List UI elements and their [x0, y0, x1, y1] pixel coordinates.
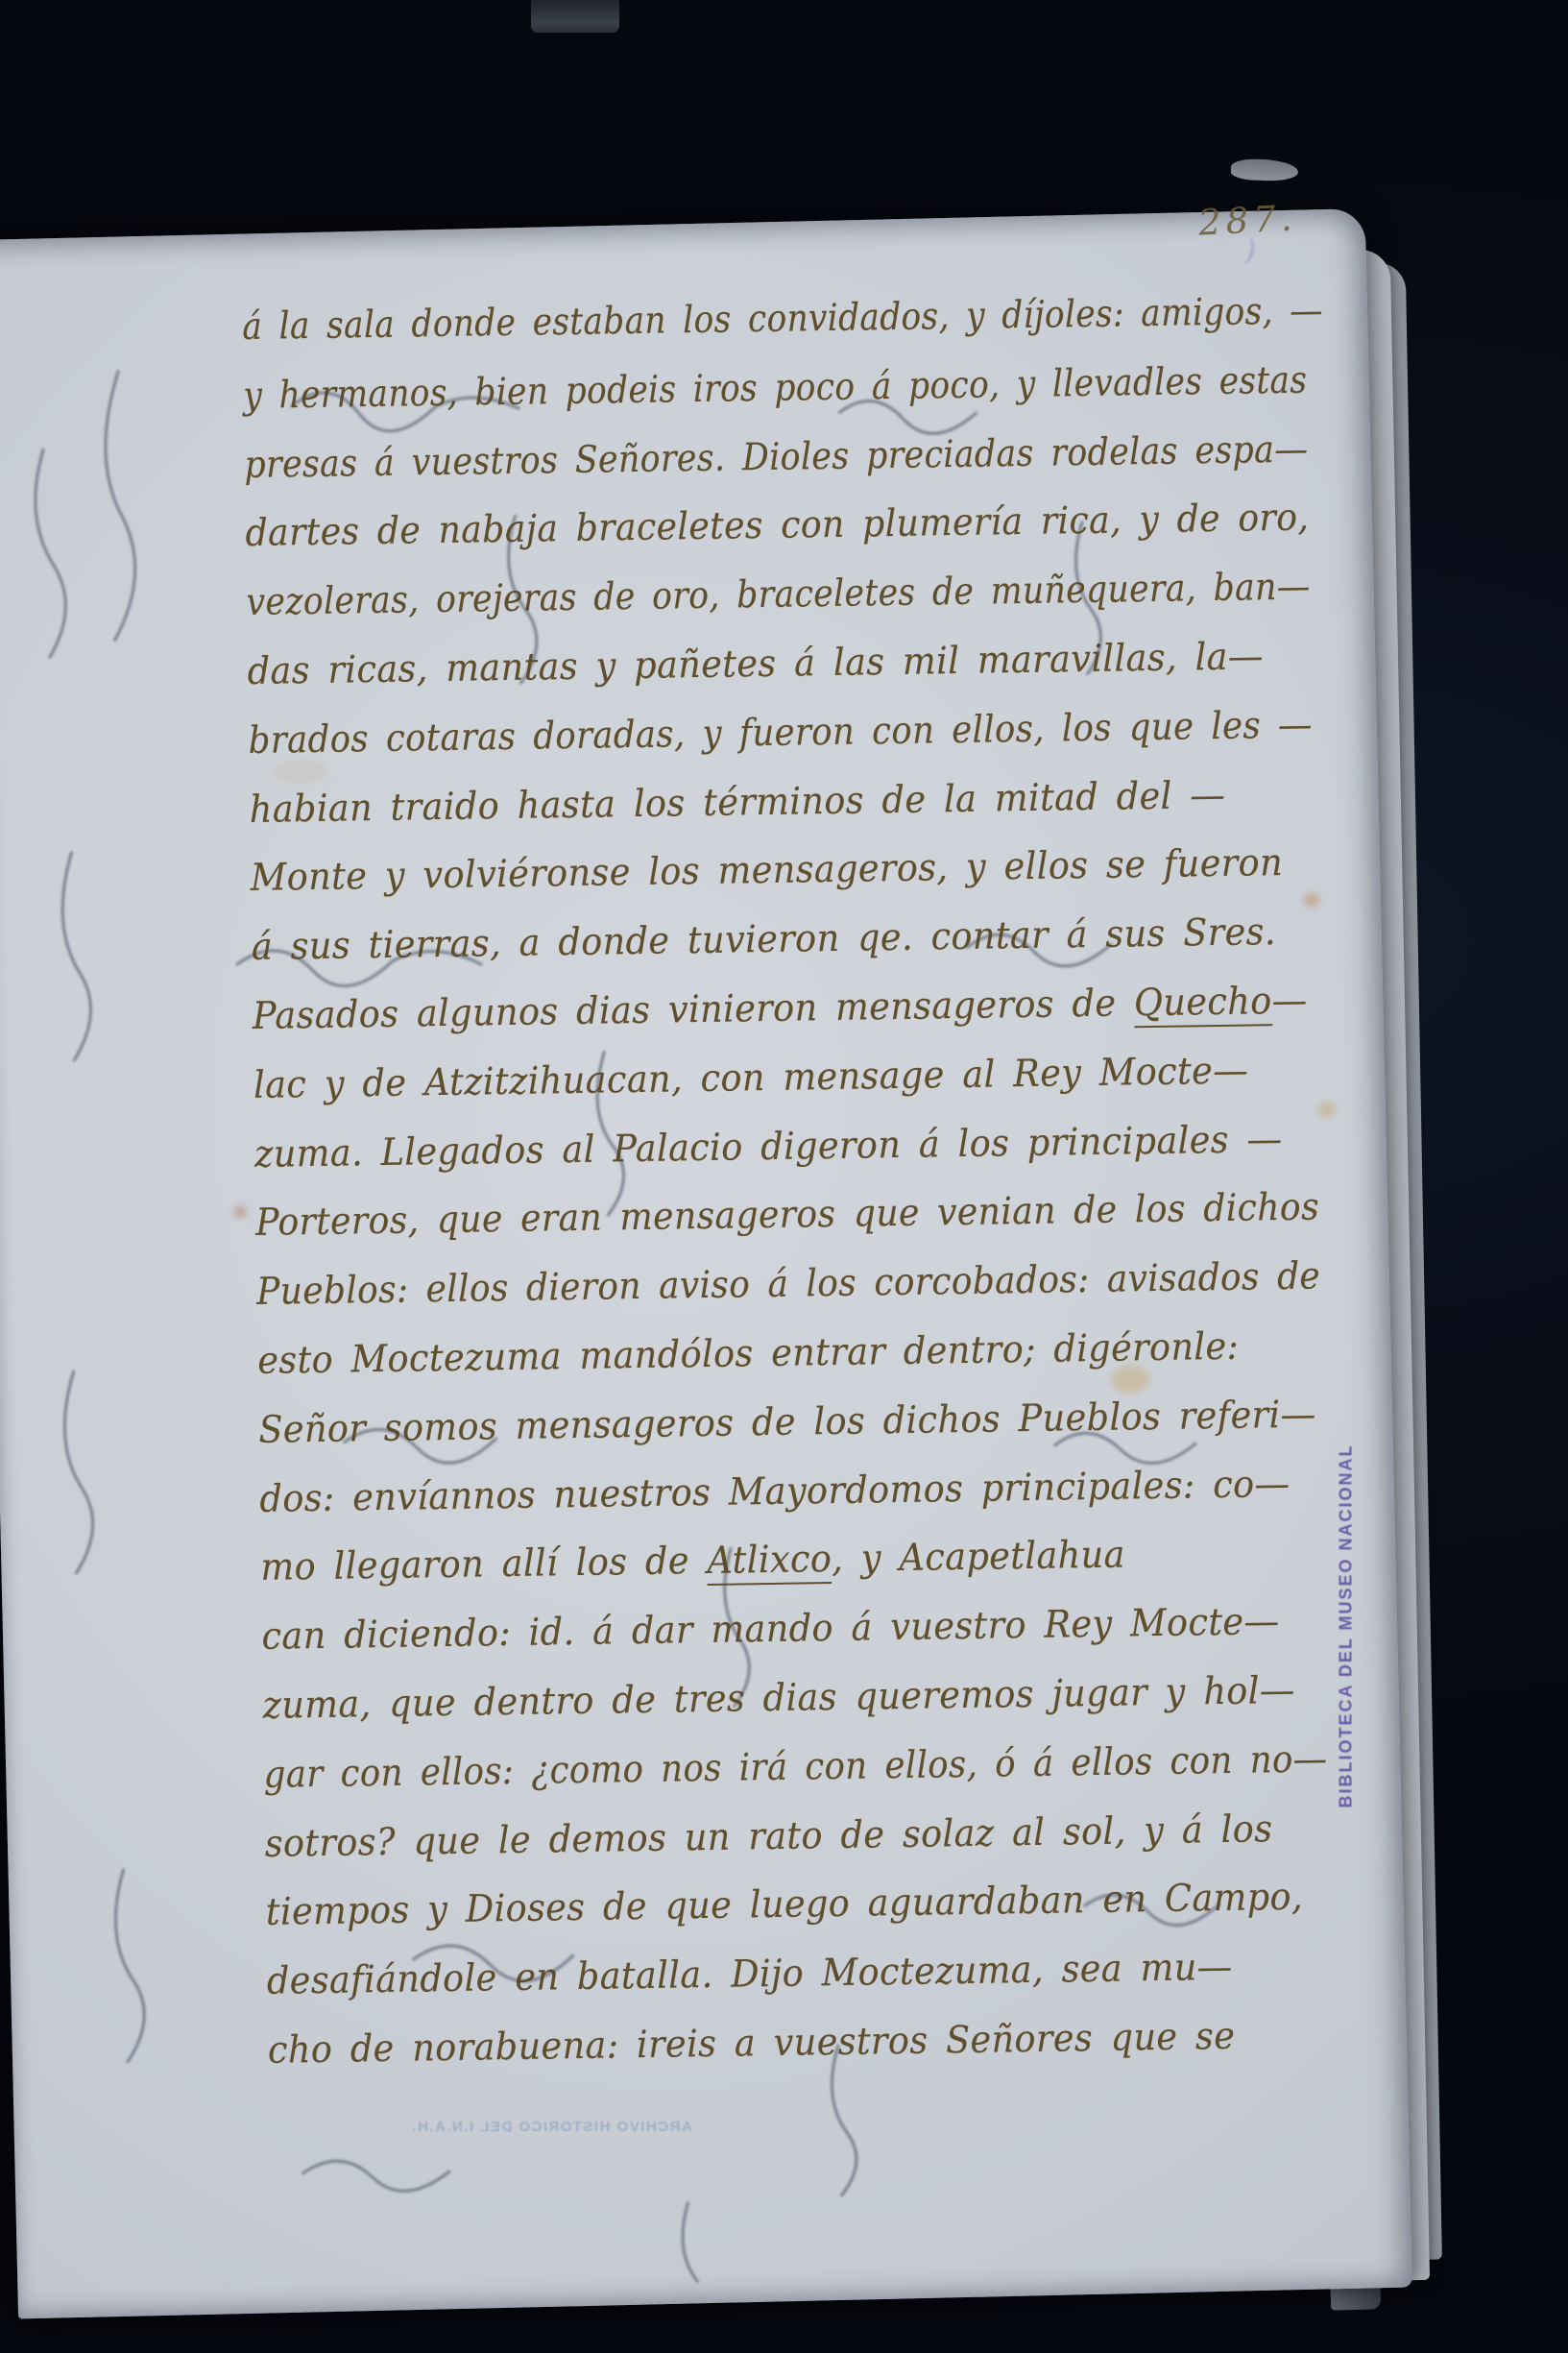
- manuscript-text: á la sala donde estaban los convidados, …: [242, 288, 1402, 2098]
- torn-paper-fragment: [1231, 158, 1299, 182]
- binding-clamp: [531, 0, 619, 33]
- manuscript-segment: —: [1271, 980, 1308, 1024]
- photographed-manuscript-scene: { "colors": { "ink": "#57441f", "paper":…: [0, 0, 1568, 2353]
- archive-stamp-mirrored: ARCHIVO HISTORICO DEL I.N.A.H.: [411, 2119, 692, 2135]
- manuscript-segment: mo llegaron allí los de: [260, 1540, 708, 1589]
- underlined-word: Atlixco: [707, 1538, 832, 1586]
- manuscript-segment: , y Acapetlahua: [832, 1534, 1125, 1582]
- underlined-word: Quecho: [1134, 980, 1272, 1028]
- library-stamp: BIBLIOTECA DEL MUSEO NACIONAL: [1337, 1443, 1357, 1807]
